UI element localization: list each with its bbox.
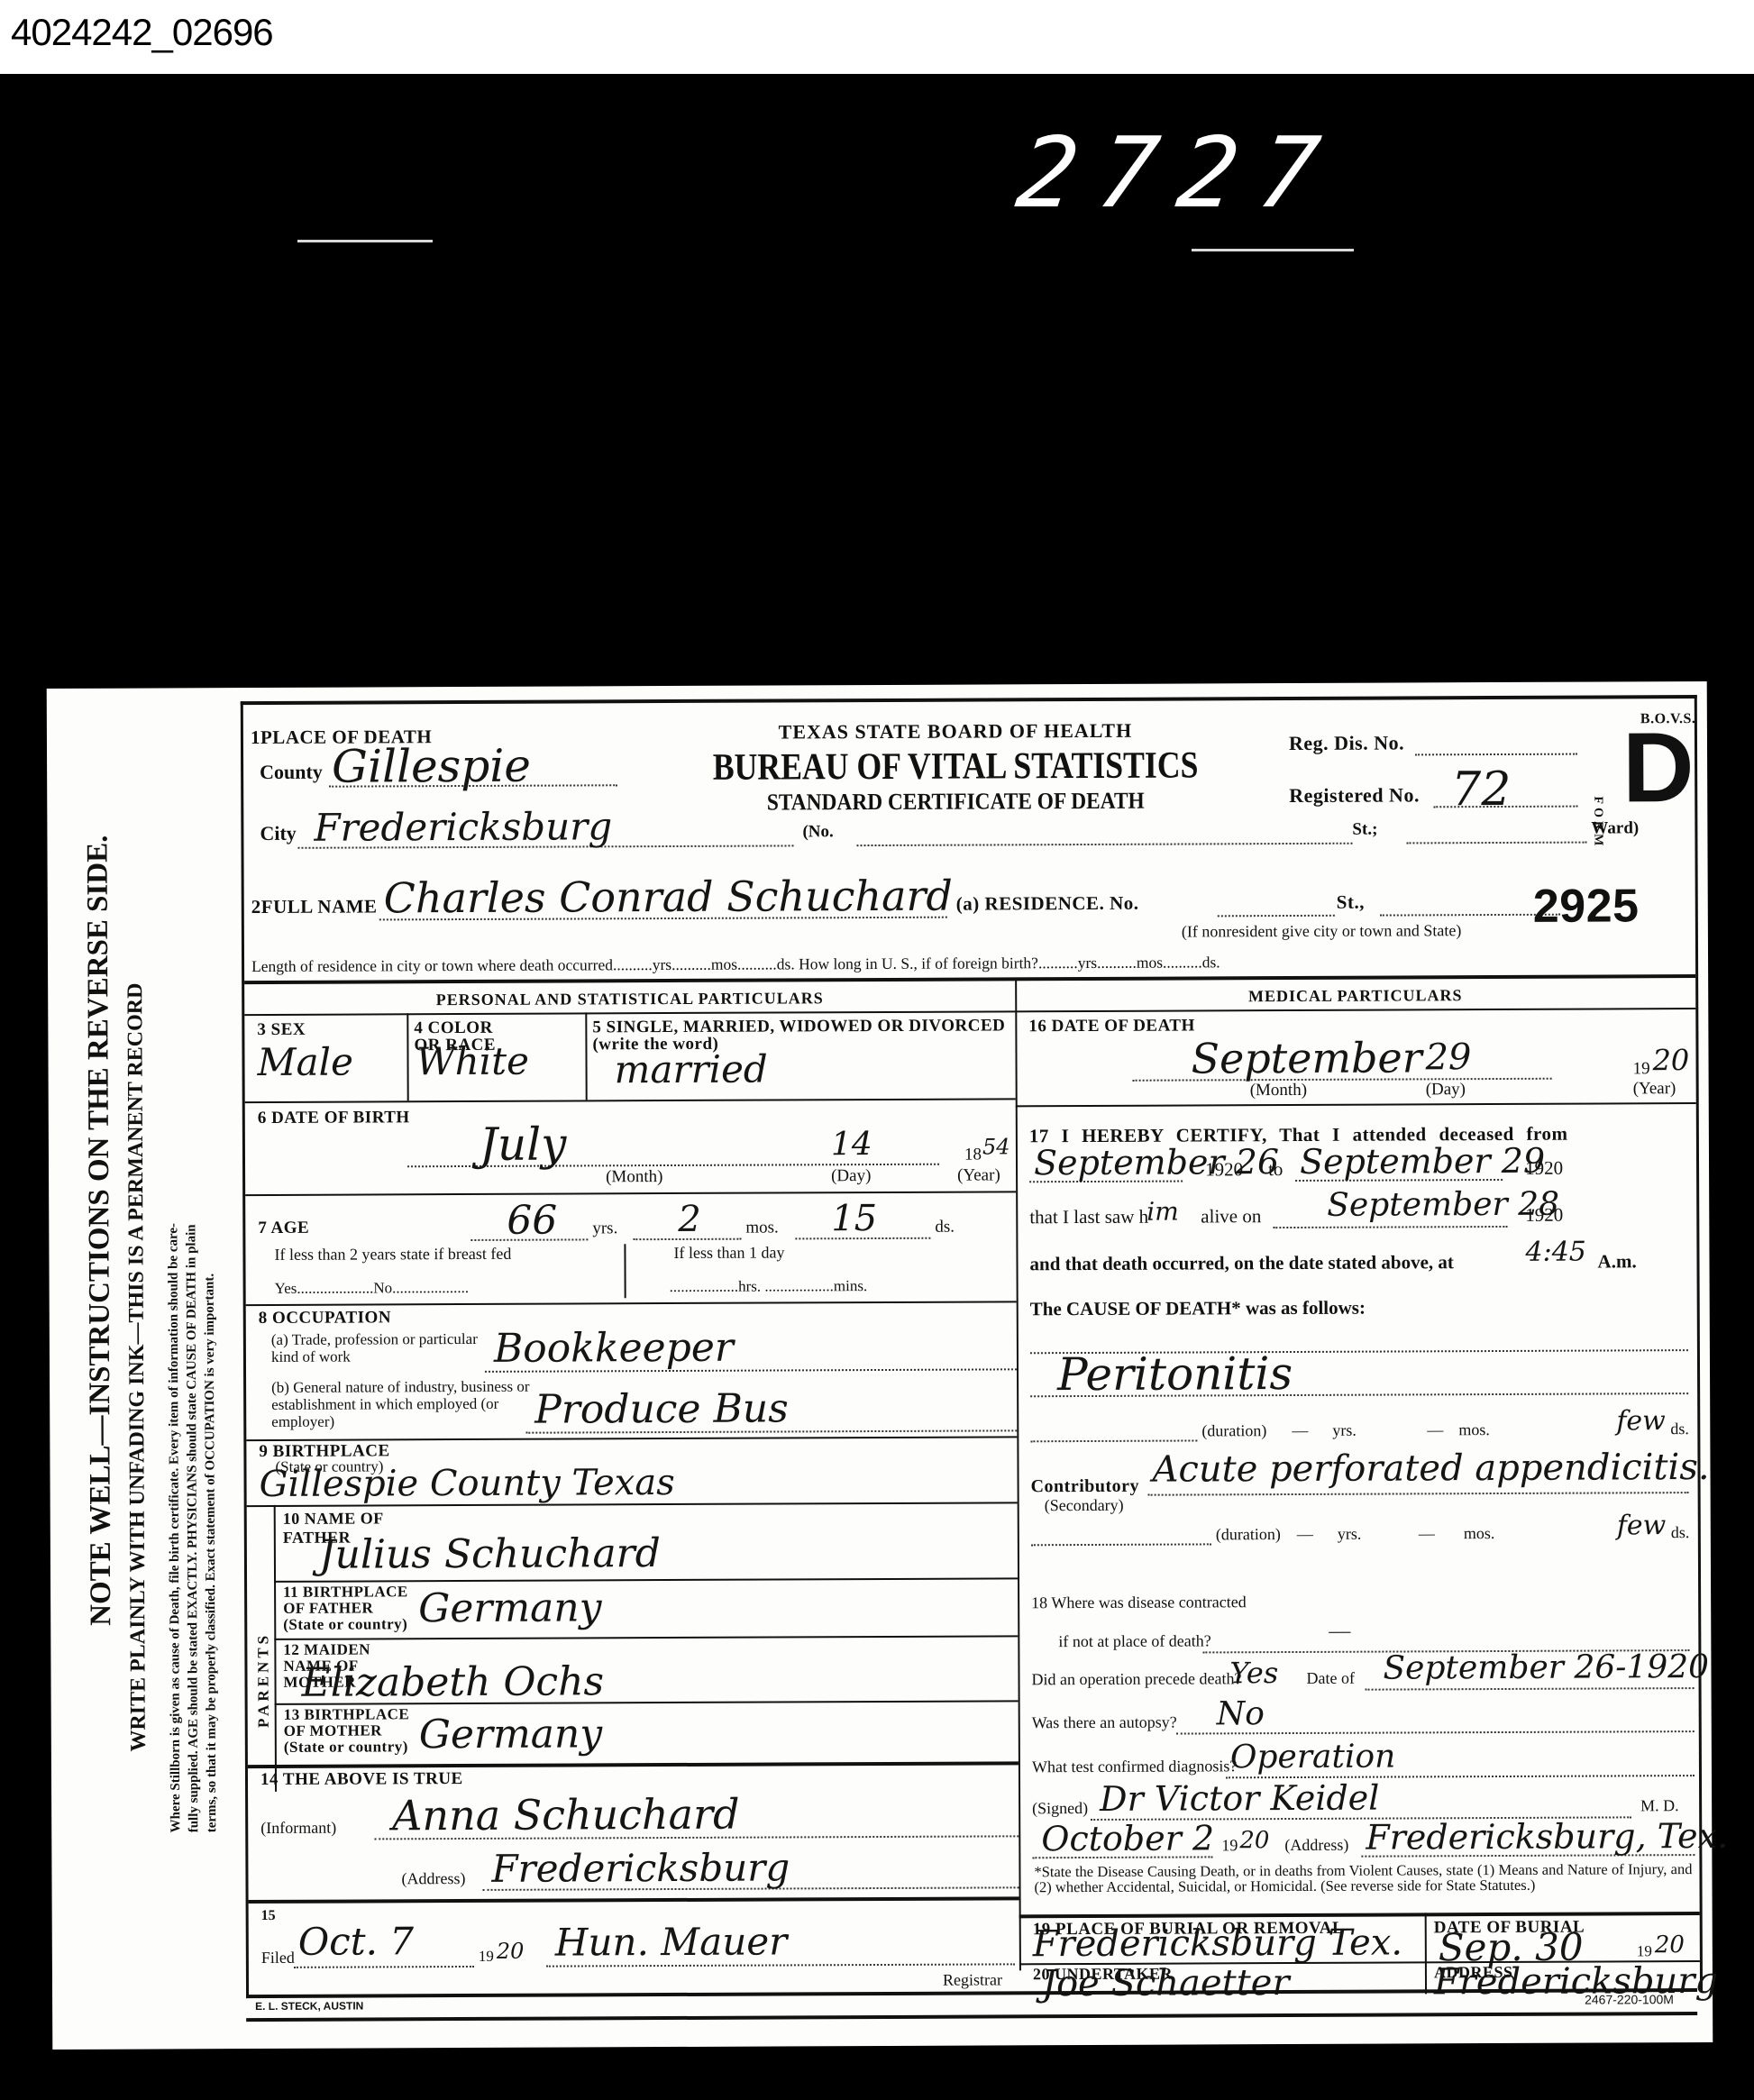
cause-footnote: *State the Disease Causing Death, or in … [1034, 1861, 1692, 1895]
filed-year: 20 [497, 1939, 525, 1964]
county-label: County [260, 761, 323, 784]
dod-year: 20 [1652, 1043, 1689, 1077]
divider [246, 1301, 1017, 1306]
yrs-label: yrs. [592, 1219, 617, 1238]
instruction-line: terms, so that it may be properly classi… [203, 1274, 221, 1832]
duration-mos-label: mos. [1458, 1420, 1490, 1439]
contracted-value: — [1329, 1620, 1350, 1644]
printer-imprint: E. L. STECK, AUSTIN [255, 2000, 363, 2013]
column-divider [1015, 979, 1021, 1970]
signed-address-label: (Address) [1284, 1836, 1348, 1855]
filed-date-field [294, 1966, 474, 1968]
contrib-duration-ds-label: ds. [1671, 1523, 1690, 1542]
signed-year: 20 [1239, 1827, 1269, 1854]
reg-dis-field [1415, 753, 1577, 756]
day-caption: (Day) [831, 1166, 871, 1186]
full-name-value: Charles Conrad Schuchard [384, 872, 953, 923]
dod-month: September [1191, 1033, 1421, 1082]
residence-st-label: St., [1337, 891, 1365, 914]
divider [274, 1635, 1018, 1640]
operation-date-field [1366, 1687, 1695, 1691]
occupation-b-value: Produce Bus [534, 1385, 789, 1432]
last-saw-field [1273, 1226, 1507, 1228]
divider [1016, 1102, 1696, 1107]
birthplace-value: Gillespie County Texas [259, 1462, 674, 1505]
attended-to-year: 1920 [1525, 1157, 1563, 1180]
dob-day: 14 [831, 1126, 872, 1163]
contrib-duration-yrs-value: — [1297, 1525, 1313, 1544]
ward-label: Ward) [1591, 818, 1639, 838]
attended-to: September 29 [1300, 1141, 1545, 1182]
divider [249, 1896, 1019, 1904]
divider [585, 1012, 587, 1100]
mother-birthplace-label: 13 BIRTHPLACE OF MOTHER (State or countr… [284, 1706, 419, 1756]
occupation-b-label: (b) General nature of industry, business… [271, 1378, 542, 1430]
death-occurred-label: and that death occurred, on the date sta… [1029, 1251, 1453, 1275]
divider [244, 974, 1695, 984]
occupation-label: 8 OCCUPATION [259, 1308, 391, 1328]
footer-divider [246, 2012, 1697, 2022]
dob-label: 6 DATE OF BIRTH [258, 1108, 410, 1128]
death-meridiem: A.m. [1597, 1250, 1636, 1273]
death-certificate: NOTE WELL—INSTRUCTIONS ON THE REVERSE SI… [47, 681, 1713, 2050]
registrar-label: Registrar [943, 1970, 1002, 1989]
scan-artifact-line [297, 240, 433, 242]
color-value: White [416, 1039, 529, 1084]
informant-address-label: (Address) [401, 1869, 465, 1888]
scan-label-bar: 4024242_02696 [0, 0, 1754, 74]
less-than-day-note: If less than 1 day [673, 1243, 784, 1263]
dod-label: 16 DATE OF DEATH [1028, 1016, 1195, 1036]
undertaker-value: Joe Schaetter [1042, 1962, 1290, 2004]
divider [246, 1436, 1017, 1441]
contributory-field [1148, 1492, 1689, 1496]
duration-label: (duration) [1201, 1421, 1266, 1440]
signed-signature: Dr Victor Keidel [1100, 1778, 1379, 1819]
contrib-duration-mos-label: mos. [1464, 1524, 1495, 1543]
city-label: City [260, 822, 296, 845]
year-caption: (Year) [957, 1165, 1000, 1185]
dob-year: 54 [982, 1134, 1010, 1159]
archive-stamp-number: 2727 [1010, 117, 1347, 230]
duration-yrs-label: yrs. [1332, 1421, 1357, 1440]
dod-year-caption: (Year) [1633, 1079, 1676, 1099]
duration-yrs-value: — [1292, 1421, 1308, 1440]
age-years: 66 [507, 1198, 557, 1244]
undertaker-address: Fredericksburg [1434, 1960, 1718, 2003]
divider [407, 1013, 408, 1100]
above-is-true-label: 14 THE ABOVE IS TRUE [260, 1769, 463, 1790]
to-label: to [1268, 1158, 1283, 1181]
contracted-sub-label: if not at place of death? [1058, 1631, 1211, 1651]
informant-value: Anna Schuchard [392, 1790, 740, 1840]
filed-label: Filed [261, 1949, 295, 1968]
duration-ds-label: ds. [1670, 1420, 1689, 1438]
dod-day: 29 [1425, 1036, 1471, 1078]
divider [248, 1761, 1019, 1768]
divider [274, 1577, 1018, 1583]
father-birthplace-label: 11 BIRTHPLACE OF FATHER (State or countr… [283, 1584, 418, 1633]
form-letter: D [1622, 718, 1695, 817]
dod-year-prefix: 19 [1633, 1059, 1650, 1079]
instruction-line: fully supplied. AGE should be stated EXA… [184, 1224, 202, 1832]
street-no-label: (No. [802, 822, 833, 842]
city-value: Fredericksburg [314, 804, 612, 849]
contrib-duration-lead [1031, 1543, 1211, 1546]
autopsy-value: No [1217, 1695, 1265, 1732]
signed-year-prefix: 19 [1221, 1836, 1238, 1855]
hrs-mins: ..................hrs. .................… [670, 1277, 868, 1296]
operation-date: September 26-1920 [1383, 1648, 1709, 1687]
registered-label: Registered No. [1289, 783, 1420, 808]
contributory-label: Contributory [1031, 1476, 1140, 1498]
signed-label: (Signed) [1032, 1799, 1088, 1818]
death-time: 4:45 [1525, 1237, 1586, 1268]
dob-month: July [480, 1118, 567, 1171]
medical-section-title: MEDICAL PARTICULARS [1015, 985, 1695, 1007]
divider [245, 1191, 1016, 1196]
dob-year-prefix: 18 [964, 1146, 982, 1165]
sex-value: Male [257, 1040, 353, 1084]
father-birthplace-value: Germany [418, 1584, 602, 1631]
md-label: M. D. [1640, 1796, 1679, 1815]
contrib-duration-mos-value: — [1419, 1524, 1435, 1543]
operation-date-label: Date of [1306, 1669, 1355, 1688]
divider [244, 1010, 1015, 1016]
divider [1019, 1912, 1700, 1918]
ds-label: ds. [935, 1218, 955, 1237]
age-months: 2 [678, 1199, 701, 1240]
reg-dis-label: Reg. Dis. No. [1289, 731, 1404, 755]
father-value: Julius Schuchard [319, 1530, 661, 1578]
last-saw-label: that I last saw h [1029, 1206, 1148, 1229]
alive-on-label: alive on [1201, 1205, 1261, 1228]
parents-label: PARENTS [254, 1632, 272, 1728]
mother-birthplace-value: Germany [419, 1711, 603, 1758]
signed-address: Fredericksburg, Tex. [1366, 1816, 1728, 1858]
street-field [856, 843, 1352, 846]
filed-year-prefix: 19 [479, 1948, 494, 1966]
breastfed-note: If less than 2 years state if breast fed [274, 1245, 511, 1265]
scan-file-label: 4024242_02696 [11, 11, 273, 54]
instruction-strip: NOTE WELL—INSTRUCTIONS ON THE REVERSE SI… [47, 688, 247, 2050]
operation-label: Did an operation precede death? [1031, 1669, 1241, 1689]
mother-value: Elizabeth Ochs [301, 1658, 604, 1705]
bureau-title: BUREAU OF VITAL STATISTICS [680, 744, 1231, 790]
occupation-a-value: Bookkeeper [494, 1325, 734, 1372]
last-saw-pronoun: im [1146, 1197, 1179, 1227]
cause-duration-lead [1030, 1439, 1197, 1442]
contrib-duration-label: (duration) [1216, 1525, 1281, 1544]
attended-from-year: 1920 [1205, 1158, 1243, 1181]
residence-stamp-number: 2925 [1533, 879, 1640, 934]
occupation-a-label: (a) Trade, profession or particular kind… [271, 1330, 488, 1365]
informant-label: (Informant) [260, 1819, 336, 1838]
marital-value: married [614, 1047, 767, 1092]
nonresident-note: (If nonresident give city or town and St… [1182, 921, 1462, 941]
scan-artifact-line [1192, 249, 1354, 251]
divider [274, 1505, 277, 1792]
registered-number: 72 [1451, 762, 1511, 817]
residence-no-field [1218, 915, 1335, 918]
length-of-residence: Length of residence in city or town wher… [251, 953, 1220, 976]
ward-field [1406, 842, 1586, 845]
duration-mos-value: — [1427, 1420, 1443, 1439]
last-saw-year: 1920 [1525, 1204, 1563, 1227]
cause-value: Peritonitis [1057, 1347, 1293, 1401]
contracted-label: 18 Where was disease contracted [1031, 1593, 1247, 1612]
personal-section-title: PERSONAL AND STATISTICAL PARTICULARS [244, 988, 1015, 1010]
burial-place-value: Fredericksburg Tex. [1033, 1922, 1402, 1965]
filed-date: Oct. 7 [298, 1919, 414, 1964]
note-well-text: NOTE WELL—INSTRUCTIONS ON THE REVERSE SI… [81, 835, 118, 1625]
write-plainly-text: WRITE PLAINLY WITH UNFADING INK—THIS IS … [123, 982, 151, 1751]
residence-label: (a) RESIDENCE. No. [956, 892, 1139, 916]
divider [245, 1098, 1016, 1103]
age-days: 15 [831, 1198, 877, 1239]
contrib-duration-yrs-label: yrs. [1338, 1525, 1362, 1544]
contributory-value: Acute perforated appendicitis. [1152, 1447, 1709, 1491]
test-value: Operation [1230, 1739, 1396, 1776]
certificate-form: 1PLACE OF DEATH TEXAS STATE BOARD OF HEA… [241, 695, 1703, 1998]
burial-year: 20 [1655, 1931, 1685, 1958]
divider [624, 1244, 626, 1298]
month-caption: (Month) [606, 1167, 662, 1187]
full-name-label: 2FULL NAME [251, 895, 378, 918]
filed-number: 15 [261, 1908, 276, 1924]
informant-address-value: Fredericksburg [491, 1845, 790, 1890]
burial-year-prefix: 19 [1637, 1942, 1652, 1960]
operation-value: Yes [1229, 1656, 1278, 1690]
duration-ds-value: few [1616, 1405, 1666, 1437]
age-label: 7 AGE [258, 1219, 309, 1238]
street-label: St.; [1352, 820, 1377, 840]
signed-date: October 2 [1041, 1818, 1214, 1858]
board-title: TEXAS STATE BOARD OF HEALTH [730, 719, 1181, 744]
mos-label: mos. [745, 1218, 779, 1237]
test-label: What test confirmed diagnosis? [1032, 1757, 1238, 1776]
registrar-signature: Hun. Mauer [555, 1919, 788, 1964]
sex-label: 3 SEX [257, 1020, 306, 1040]
divider [1015, 1008, 1695, 1012]
county-value: Gillespie [332, 740, 531, 793]
breastfed-yes-no: Yes....................No...............… [275, 1279, 470, 1298]
cause-label: The CAUSE OF DEATH* was as follows: [1030, 1297, 1366, 1321]
contrib-duration-ds-value: few [1617, 1510, 1667, 1541]
secondary-label: (Secondary) [1045, 1496, 1124, 1515]
form-code: 2467-220-100M [1585, 1992, 1674, 2006]
instruction-line: Where Stillborn is given as cause of Dea… [166, 1223, 184, 1833]
certificate-title: STANDARD CERTIFICATE OF DEATH [704, 787, 1207, 816]
dod-day-caption: (Day) [1426, 1080, 1466, 1100]
autopsy-label: Was there an autopsy? [1032, 1713, 1177, 1733]
dod-month-caption: (Month) [1250, 1081, 1307, 1100]
divider [1425, 1913, 1427, 1994]
